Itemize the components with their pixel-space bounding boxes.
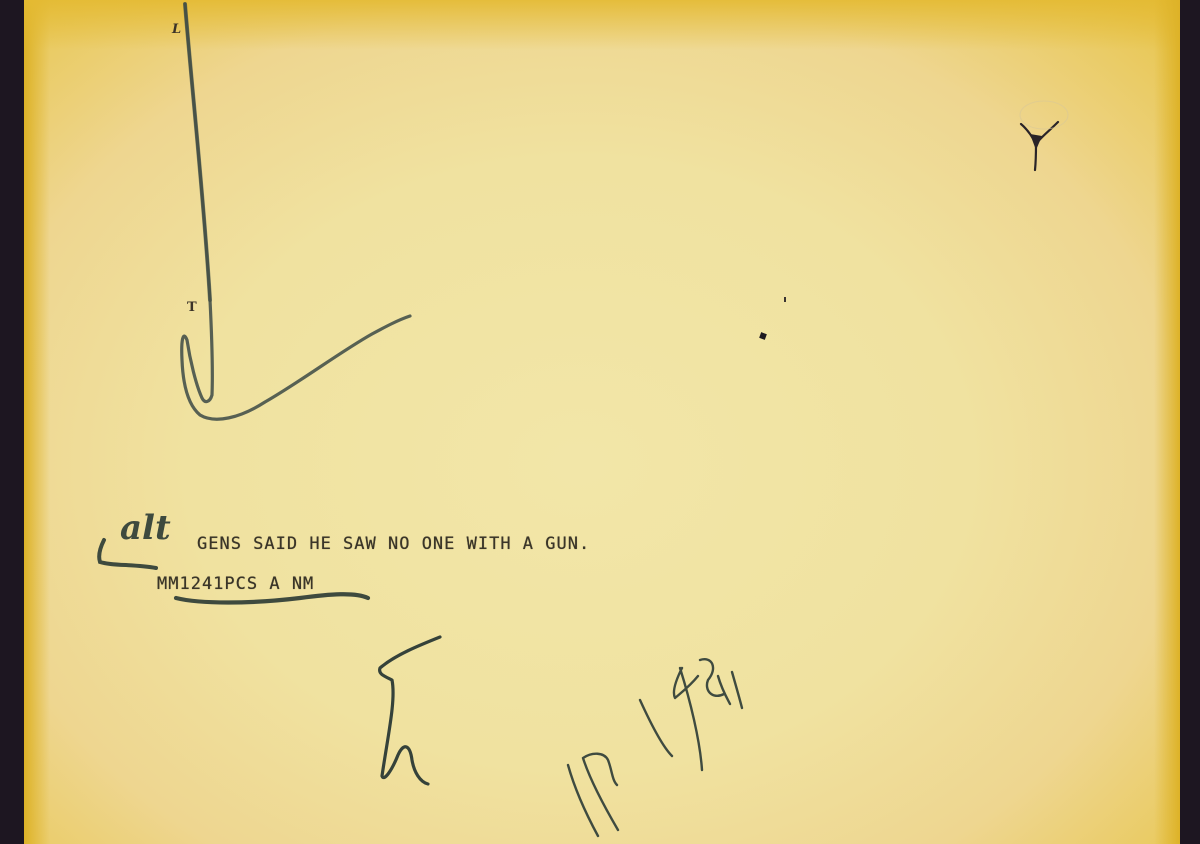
- typed-line-slug: MM1241PCS A NM: [157, 574, 314, 594]
- paper-speck: [759, 332, 767, 340]
- paper-speck: [784, 297, 786, 302]
- marker-label-l: L: [172, 22, 181, 37]
- pencil-marks-layer: [0, 0, 1200, 844]
- handwritten-insert-alt: alt: [120, 508, 171, 548]
- handwritten-initial-e: [380, 637, 440, 784]
- typed-line-quote: GENS SAID HE SAW NO ONE WITH A GUN.: [197, 534, 590, 554]
- slug-underline-stroke: [176, 594, 368, 602]
- marker-label-t: T: [187, 300, 197, 315]
- handwritten-signature: [568, 659, 742, 836]
- pencil-arrow-stroke: [182, 4, 410, 419]
